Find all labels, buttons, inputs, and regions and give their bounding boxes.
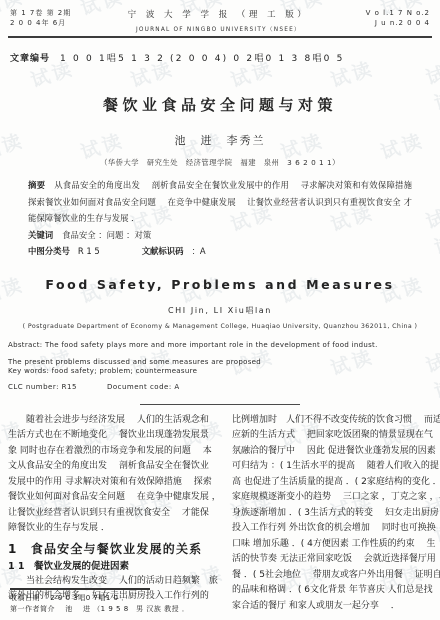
abstract-cn: 摘要从食品安全的角度出发 剖析食品安全在餐饮业发展中的作用 寻求解决对策和有效保…	[28, 177, 412, 227]
article-id-label: 文章编号	[10, 54, 50, 64]
body-line: 高 也促进了生活质量的提高 ．( 2家庭结构的变化 ．	[232, 475, 440, 491]
body-line: 身族逐渐增加 ．( 3生活方式的转变 妇女走出厨房	[232, 506, 440, 522]
body-line: 象 同时也存在着激烈的市场竞争和发展的问题 本	[8, 444, 220, 460]
keywords-line-cn: 关键词食品安全 ：问题 ：对策	[28, 229, 412, 241]
body-line: 让餐饮业经营者认识到只有重视饮食安全 才能保	[8, 506, 220, 522]
authors-en: CHI Jin, LI Xiu唱lan	[0, 305, 440, 316]
body-line: 当社会结构发生改变 人们的活动日趋频繁 旅	[8, 574, 220, 590]
volume-issue: 第 1 7卷 第 2期	[10, 8, 71, 18]
body-line: 的品味和格调 ．( 6文化背景 年节喜庆 人们总是找	[232, 583, 440, 599]
first-author-bio: 第一作者简介 池 进 （1 9 5 8 男 汉族 教授 ．	[10, 604, 189, 615]
body-line: 1 食品安全与餐饮业发展的关系	[8, 539, 220, 559]
body-left-column: 随着社会进步与经济发展 人们的生活观念和生活方式也在不断地变化 餐饮业出现蓬勃发…	[8, 413, 220, 615]
affiliation-cn: （华侨大学 研究生处 经济管理学院 福建 泉州 3 6 2 0 1 1）	[0, 158, 440, 168]
journal-page: 试读试读试读试读试读试读试读试读试读试读试读试读试读试读试读试读试读试读试读试读…	[0, 0, 440, 620]
body-line: 文从食品安全的角度出发 剖析食品安全在餐饮业	[8, 459, 220, 475]
paper-title-cn: 餐饮业食品安全问题与对策	[0, 94, 440, 115]
article-id-line: 文章编号1 0 0 1唱5 1 3 2 (2 0 0 4) 0 2唱0 1 3 …	[10, 51, 440, 64]
volume-en: V o l.1 7 N o.2	[366, 8, 430, 18]
clc-line-en: CLC number: R15 Document code: A	[8, 382, 432, 392]
clc-label: 中图分类号	[28, 246, 70, 256]
body-line: 餐 ．( 5社会地位 带朋友或客户外出用餐 证明自己	[232, 568, 440, 584]
doc-code-value: ：A	[192, 246, 206, 256]
journal-title-en: JOURNAL OF NINGBO UNIVERSITY（NSEE）	[71, 24, 365, 33]
body-line: 比例增加时 人们不得不改变传统的饮食习惯 而适	[232, 413, 440, 429]
body-line: 1 1 餐饮业发展的促进因素	[8, 559, 220, 574]
body-line: 家庭规模逐渐变小的趋势 三口之家 ，丁克之家 ，单	[232, 490, 440, 506]
body-line: 障餐饮业的生存与发展 ．	[8, 521, 220, 537]
issue-date-cn: 2 0 0 4年 6月	[10, 18, 71, 28]
body-line: 随着社会进步与经济发展 人们的生活观念和	[8, 413, 220, 429]
journal-header: 第 1 7卷 第 2期 2 0 0 4年 6月 宁 波 大 学 学 报 （理 工…	[0, 0, 440, 33]
body-line: 生活方式也在不断地变化 餐饮业出现蓬勃发展景	[8, 428, 220, 444]
article-id-value: 1 0 0 1唱5 1 3 2 (2 0 0 4) 0 2唱0 1 3 8唱0 …	[60, 54, 345, 64]
keywords-line-en: Key words: food safety; problem; counter…	[8, 367, 432, 375]
page-content: 第 1 7卷 第 2期 2 0 0 4年 6月 宁 波 大 学 学 报 （理 工…	[0, 0, 440, 614]
keywords-text: 食品安全 ：问题 ：对策	[62, 230, 151, 240]
body-right-column: 比例增加时 人们不得不改变传统的饮食习惯 而适应新的生活方式 把回家吃饭团聚的情…	[232, 413, 440, 615]
body-line: 应新的生活方式 把回家吃饭团聚的情景显现在气	[232, 428, 440, 444]
body-columns: 随着社会进步与经济发展 人们的生活观念和生活方式也在不断地变化 餐饮业出现蓬勃发…	[0, 405, 440, 615]
body-line: 发展中的作用 寻求解决对策和有效保障措施 探索	[8, 475, 220, 491]
body-line: 活的快节奏 无法正常回家吃饭 会就近选择餐厅用	[232, 552, 440, 568]
header-divider	[8, 36, 432, 38]
body-line: 餐饮业如何面对食品安全问题 在竞争中健康发展 ，	[8, 490, 220, 506]
journal-title-block: 宁 波 大 学 学 报 （理 工 版） JOURNAL OF NINGBO UN…	[71, 8, 365, 33]
affiliation-en: ( Postgraduate Department of Economy & M…	[0, 323, 440, 330]
keywords-label: 关键词	[28, 230, 53, 240]
clc-line-cn: 中图分类号R 1 5文献标识码：A	[28, 245, 412, 257]
footnote-block: 收稿日期 2 0 0 3唱0 7唱1 0 ． 第一作者简介 池 进 （1 9 5…	[10, 588, 189, 615]
body-line: 口味 增加乐趣 ．( 4方便因素 工作性质的约束 生	[232, 537, 440, 553]
journal-title-cn: 宁 波 大 学 学 报 （理 工 版）	[71, 8, 365, 20]
abstract-en-line1: Abstract: The food safety plays more and…	[8, 341, 432, 349]
body-line: 氛融洽的餐厅中 因此 促进餐饮业蓬勃发展的因素	[232, 444, 440, 460]
doc-code-label: 文献标识码	[142, 246, 184, 256]
abstract-text: 从食品安全的角度出发 剖析食品安全在餐饮业发展中的作用 寻求解决对策和有效保障措…	[28, 180, 412, 223]
issue-info: 第 1 7卷 第 2期 2 0 0 4年 6月	[10, 8, 71, 28]
body-line: 家合适的餐厅 和家人或朋友一起分享 ．	[232, 599, 440, 615]
abstract-en-line2: The present problems discussed and some …	[8, 358, 432, 366]
abstract-label: 摘要	[28, 180, 45, 190]
clc-value: R 1 5	[78, 246, 100, 256]
volume-info-en: V o l.1 7 N o.2 J u n.2 0 0 4	[366, 8, 430, 28]
footnote-rule	[10, 588, 150, 590]
body-line: 投入工作行列 外出饮食的机会增加 同时也可换换	[232, 521, 440, 537]
body-line: 可归结为 ：( 1生活水平的提高 随着人们收入的提	[232, 459, 440, 475]
received-date: 收稿日期 2 0 0 3唱0 7唱1 0 ．	[10, 593, 189, 604]
authors-cn: 池 进 李秀兰	[0, 132, 440, 148]
paper-title-en: Food Safety, Problems and Measures	[0, 277, 440, 292]
issue-date-en: J u n.2 0 0 4	[366, 18, 430, 28]
